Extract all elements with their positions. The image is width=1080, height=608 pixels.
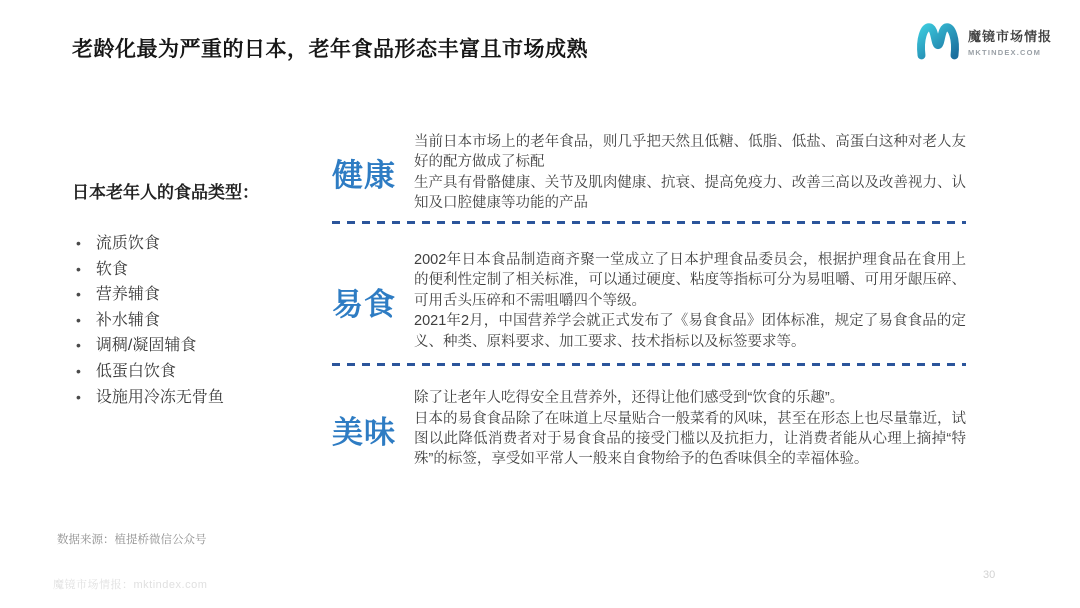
left-panel-heading: 日本老年人的食品类型： xyxy=(72,178,259,203)
section-easy-eating-label: 易食 xyxy=(332,279,414,324)
footer-watermark: 魔镜市场情报：mktindex.com xyxy=(53,576,207,592)
section-tasty-label: 美味 xyxy=(332,407,414,452)
list-item: •补水辅食 xyxy=(76,308,224,334)
list-item: •设施用冷冻无骨鱼 xyxy=(76,385,224,411)
section-health: 健康 当前日本市场上的老年食品，则几乎把天然且低糖、低脂、低盐、高蛋白这种对老人… xyxy=(332,130,966,215)
paragraph: 除了让老年人吃得安全且营养外，还得让他们感受到“饮食的乐趣”。 xyxy=(414,388,966,408)
brand-domain: MKTINDEX.COM xyxy=(968,48,1052,57)
list-item-label: 流质饮食 xyxy=(96,232,160,257)
paragraph: 日本的易食食品除了在味道上尽量贴合一般菜肴的风味，甚至在形态上也尽量靠近，试图以… xyxy=(414,409,966,470)
section-easy-eating: 易食 2002年日本食品制造商齐聚一堂成立了日本护理食品委员会，根据护理食品在食… xyxy=(332,246,966,356)
brand-logo: 魔镜市场情报 MKTINDEX.COM xyxy=(916,20,1052,62)
section-tasty-text: 除了让老年人吃得安全且营养外，还得让他们感受到“饮食的乐趣”。 日本的易食食品除… xyxy=(414,388,966,470)
paragraph: 当前日本市场上的老年食品，则几乎把天然且低糖、低脂、低盐、高蛋白这种对老人友好的… xyxy=(414,132,966,173)
bullet-icon: • xyxy=(76,333,81,358)
bullet-icon: • xyxy=(76,282,81,307)
paragraph: 生产具有骨骼健康、关节及肌肉健康、抗衰、提高免疫力、改善三高以及改善视力、认知及… xyxy=(414,173,966,214)
section-easy-eating-text: 2002年日本食品制造商齐聚一堂成立了日本护理食品委员会，根据护理食品在食用上的… xyxy=(414,250,966,352)
page-number: 30 xyxy=(983,569,995,581)
list-item-label: 设施用冷冻无骨鱼 xyxy=(96,386,224,411)
bullet-icon: • xyxy=(76,385,81,410)
slide-canvas: { "page": { "title": "老龄化最为严重的日本，老年食品形态丰… xyxy=(0,0,1080,608)
food-type-list: •流质饮食 •软食 •营养辅食 •补水辅食 •调稠/凝固辅食 •低蛋白饮食 •设… xyxy=(76,231,224,410)
section-health-label: 健康 xyxy=(332,150,414,195)
list-item: •调稠/凝固辅食 xyxy=(76,333,224,359)
brand-text: 魔镜市场情报 MKTINDEX.COM xyxy=(968,26,1052,57)
list-item: •流质饮食 xyxy=(76,231,224,257)
brand-name: 魔镜市场情报 xyxy=(968,26,1052,45)
dashed-divider xyxy=(332,363,966,366)
list-item-label: 营养辅食 xyxy=(96,283,160,308)
list-item: •低蛋白饮食 xyxy=(76,359,224,385)
bullet-icon: • xyxy=(76,359,81,384)
dashed-divider xyxy=(332,221,966,224)
list-item-label: 软食 xyxy=(96,258,128,283)
bullet-icon: • xyxy=(76,231,81,256)
paragraph: 2021年2月，中国营养学会就正式发布了《易食食品》团体标准，规定了易食食品的定… xyxy=(414,311,966,352)
page-title: 老龄化最为严重的日本，老年食品形态丰富且市场成熟 xyxy=(72,33,588,63)
section-health-text: 当前日本市场上的老年食品，则几乎把天然且低糖、低脂、低盐、高蛋白这种对老人友好的… xyxy=(414,132,966,214)
list-item: •营养辅食 xyxy=(76,282,224,308)
mirror-m-logo-icon xyxy=(916,20,960,62)
section-tasty: 美味 除了让老年人吃得安全且营养外，还得让他们感受到“饮食的乐趣”。 日本的易食… xyxy=(332,376,966,482)
list-item-label: 调稠/凝固辅食 xyxy=(96,334,196,359)
data-source-note: 数据来源：植提桥微信公众号 xyxy=(57,531,207,547)
list-item-label: 补水辅食 xyxy=(96,309,160,334)
bullet-icon: • xyxy=(76,308,81,333)
paragraph: 2002年日本食品制造商齐聚一堂成立了日本护理食品委员会，根据护理食品在食用上的… xyxy=(414,250,966,311)
bullet-icon: • xyxy=(76,257,81,282)
list-item: •软食 xyxy=(76,257,224,283)
list-item-label: 低蛋白饮食 xyxy=(96,360,176,385)
